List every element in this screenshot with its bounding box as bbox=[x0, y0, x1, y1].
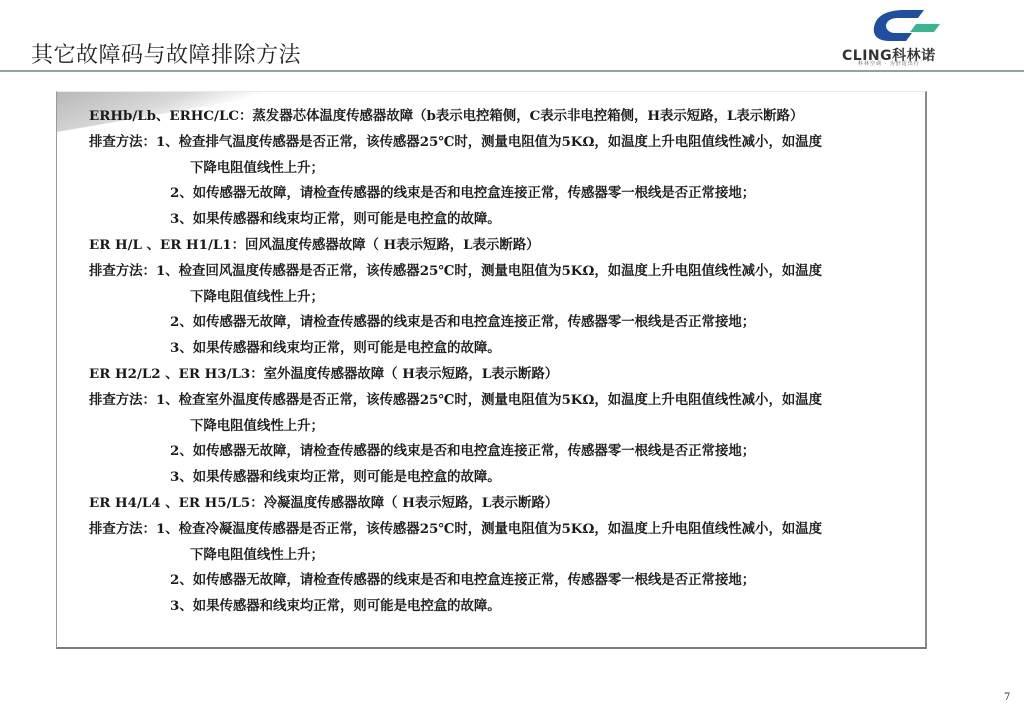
fault-heading: ERHb/Lb、ERHC/LC：蒸发器芯体温度传感器故障（b表示电控箱侧，C表示… bbox=[89, 104, 915, 130]
fault-code-box: ERHb/Lb、ERHC/LC：蒸发器芯体温度传感器故障（b表示电控箱侧，C表示… bbox=[56, 91, 927, 649]
fault-heading: ER H2/L2 、ER H3/L3：室外温度传感器故障（ H表示短路，L表示断… bbox=[89, 362, 915, 388]
troubleshoot-step-1-cont: 下降电阻值线性上升； bbox=[89, 285, 915, 311]
cling-c-logo-icon bbox=[872, 10, 944, 44]
troubleshoot-step-3: 3、如果传感器和线束均正常，则可能是电控盒的故障。 bbox=[89, 594, 915, 620]
logo-tagline: 科林空调 · 为舒适出行 bbox=[858, 60, 920, 67]
troubleshoot-step-2: 2、如传感器无故障，请检查传感器的线束是否和电控盒连接正常，传感器零一根线是否正… bbox=[89, 568, 915, 594]
fault-code-list: ERHb/Lb、ERHC/LC：蒸发器芯体温度传感器故障（b表示电控箱侧，C表示… bbox=[89, 104, 915, 620]
troubleshoot-step-1-cont: 下降电阻值线性上升； bbox=[89, 156, 915, 182]
troubleshoot-step-1: 排查方法：1、检查排气温度传感器是否正常，该传感器25℃时，测量电阻值为5KΩ，… bbox=[89, 130, 915, 156]
troubleshoot-step-3: 3、如果传感器和线束均正常，则可能是电控盒的故障。 bbox=[89, 465, 915, 491]
fault-heading: ER H/L 、ER H1/L1：回风温度传感器故障（ H表示短路，L表示断路） bbox=[89, 233, 915, 259]
title-divider bbox=[0, 70, 1024, 72]
troubleshoot-step-2: 2、如传感器无故障，请检查传感器的线束是否和电控盒连接正常，传感器零一根线是否正… bbox=[89, 181, 915, 207]
troubleshoot-step-2: 2、如传感器无故障，请检查传感器的线束是否和电控盒连接正常，传感器零一根线是否正… bbox=[89, 439, 915, 465]
company-logo: CLING科林诺 科林空调 · 为舒适出行 bbox=[838, 8, 978, 64]
troubleshoot-step-1-cont: 下降电阻值线性上升； bbox=[89, 414, 915, 440]
troubleshoot-step-1-cont: 下降电阻值线性上升； bbox=[89, 543, 915, 569]
troubleshoot-step-3: 3、如果传感器和线束均正常，则可能是电控盒的故障。 bbox=[89, 336, 915, 362]
page-number: 7 bbox=[1004, 692, 1010, 703]
troubleshoot-step-3: 3、如果传感器和线束均正常，则可能是电控盒的故障。 bbox=[89, 207, 915, 233]
troubleshoot-step-2: 2、如传感器无故障，请检查传感器的线束是否和电控盒连接正常，传感器零一根线是否正… bbox=[89, 310, 915, 336]
troubleshoot-step-1: 排查方法：1、检查冷凝温度传感器是否正常，该传感器25℃时，测量电阻值为5KΩ，… bbox=[89, 517, 915, 543]
fault-heading: ER H4/L4 、ER H5/L5：冷凝温度传感器故障（ H表示短路，L表示断… bbox=[89, 491, 915, 517]
troubleshoot-step-1: 排查方法：1、检查室外温度传感器是否正常，该传感器25℃时，测量电阻值为5KΩ，… bbox=[89, 388, 915, 414]
troubleshoot-step-1: 排查方法：1、检查回风温度传感器是否正常，该传感器25℃时，测量电阻值为5KΩ，… bbox=[89, 259, 915, 285]
page-title: 其它故障码与故障排除方法 bbox=[31, 38, 301, 69]
